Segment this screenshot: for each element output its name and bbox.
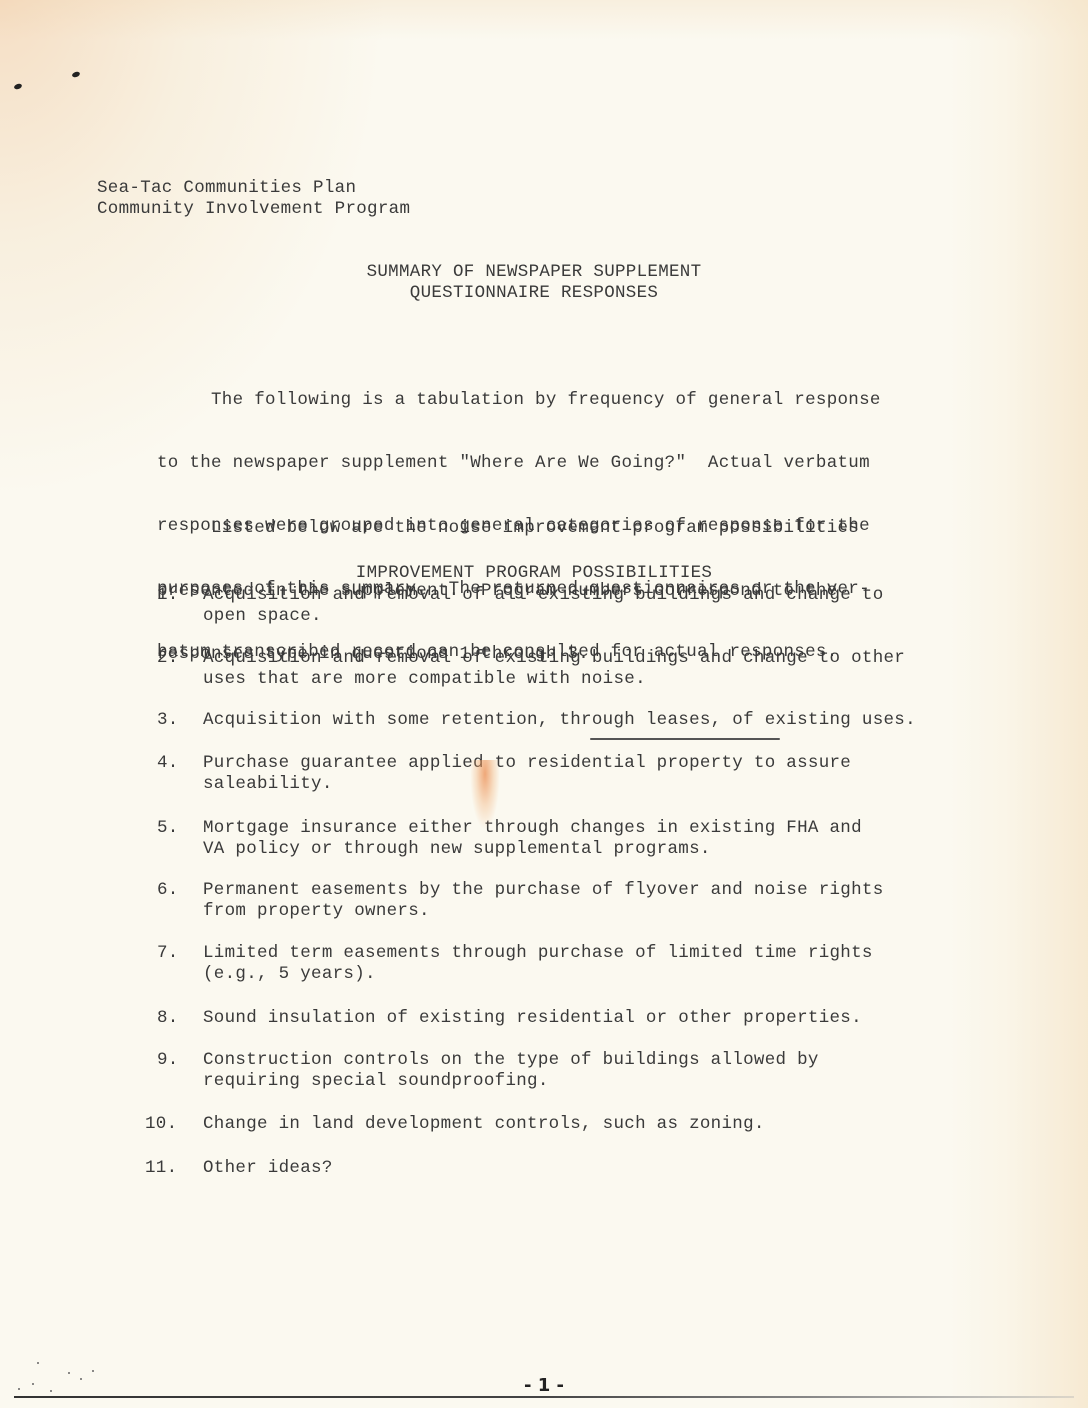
document-header: Sea-Tac Communities PlanCommunity Involv… bbox=[97, 178, 410, 220]
item-line: Other ideas? bbox=[203, 1158, 333, 1179]
item-number: 9. bbox=[157, 1050, 197, 1071]
item-text: Mortgage insurance either through change… bbox=[203, 818, 862, 860]
speck bbox=[37, 1362, 39, 1364]
speck bbox=[80, 1378, 82, 1380]
item-number: 11. bbox=[145, 1158, 185, 1179]
item-line: Construction controls on the type of bui… bbox=[203, 1050, 819, 1071]
title-line-2: QUESTIONNAIRE RESPONSES bbox=[0, 283, 1068, 304]
item-text: Other ideas? bbox=[203, 1158, 333, 1179]
item-line: Change in land development controls, suc… bbox=[203, 1114, 765, 1135]
speck bbox=[18, 1388, 20, 1390]
list-heading: IMPROVEMENT PROGRAM POSSIBILITIES bbox=[0, 563, 1068, 584]
item-number: 10. bbox=[145, 1114, 185, 1135]
item-line: Mortgage insurance either through change… bbox=[203, 818, 862, 839]
paper-stain bbox=[470, 760, 500, 830]
paragraph-line: to the newspaper supplement "Where Are W… bbox=[157, 453, 881, 474]
item-line: Permanent easements by the purchase of f… bbox=[203, 880, 884, 901]
item-text: Acquisition and removal of existing buil… bbox=[203, 648, 905, 690]
header-line-2: Community Involvement Program bbox=[97, 199, 410, 220]
item-line: Sound insulation of existing residential… bbox=[203, 1008, 862, 1029]
header-line-1: Sea-Tac Communities Plan bbox=[97, 178, 410, 199]
item-line: Acquisition and removal of all existing … bbox=[203, 585, 884, 606]
item-number: 4. bbox=[157, 753, 197, 774]
item-text: Construction controls on the type of bui… bbox=[203, 1050, 819, 1092]
speck bbox=[32, 1383, 34, 1385]
title-line-1: SUMMARY OF NEWSPAPER SUPPLEMENT bbox=[0, 262, 1068, 283]
item-number: 5. bbox=[157, 818, 197, 839]
paragraph-line: The following is a tabulation by frequen… bbox=[157, 390, 881, 411]
item-text: Acquisition with some retention, through… bbox=[203, 710, 916, 731]
speck bbox=[92, 1370, 94, 1372]
item-text: Limited term easements through purchase … bbox=[203, 943, 873, 985]
item-number: 7. bbox=[157, 943, 197, 964]
item-line: from property owners. bbox=[203, 901, 884, 922]
footer-rule bbox=[14, 1396, 1074, 1398]
page-number: - 1 - bbox=[0, 1375, 1088, 1396]
item-line: Limited term easements through purchase … bbox=[203, 943, 873, 964]
item-line: uses that are more compatible with noise… bbox=[203, 669, 905, 690]
document-title: SUMMARY OF NEWSPAPER SUPPLEMENTQUESTIONN… bbox=[0, 262, 1068, 304]
item-text: Purchase guarantee applied to residentia… bbox=[203, 753, 851, 795]
item-text: Acquisition and removal of all existing … bbox=[203, 585, 884, 627]
item-line: Acquisition with some retention, through… bbox=[203, 710, 916, 731]
item-number: 6. bbox=[157, 880, 197, 901]
item-number: 1. bbox=[157, 585, 197, 606]
item-line: (e.g., 5 years). bbox=[203, 964, 873, 985]
item-text: Sound insulation of existing residential… bbox=[203, 1008, 862, 1029]
item-text: Change in land development controls, suc… bbox=[203, 1114, 765, 1135]
item-number: 3. bbox=[157, 710, 197, 731]
item-line: Acquisition and removal of existing buil… bbox=[203, 648, 905, 669]
item-number: 8. bbox=[157, 1008, 197, 1029]
speck bbox=[50, 1390, 52, 1392]
item-text: Permanent easements by the purchase of f… bbox=[203, 880, 884, 922]
handwritten-underline bbox=[590, 738, 780, 740]
speck bbox=[68, 1372, 70, 1374]
item-line: Purchase guarantee applied to residentia… bbox=[203, 753, 851, 774]
item-line: saleability. bbox=[203, 774, 851, 795]
item-line: open space. bbox=[203, 606, 884, 627]
item-number: 2. bbox=[157, 648, 197, 669]
item-line: requiring special soundproofing. bbox=[203, 1071, 819, 1092]
item-line: VA policy or through new supplemental pr… bbox=[203, 839, 862, 860]
paragraph-line: Listed below are the noise improvement p… bbox=[157, 518, 859, 539]
